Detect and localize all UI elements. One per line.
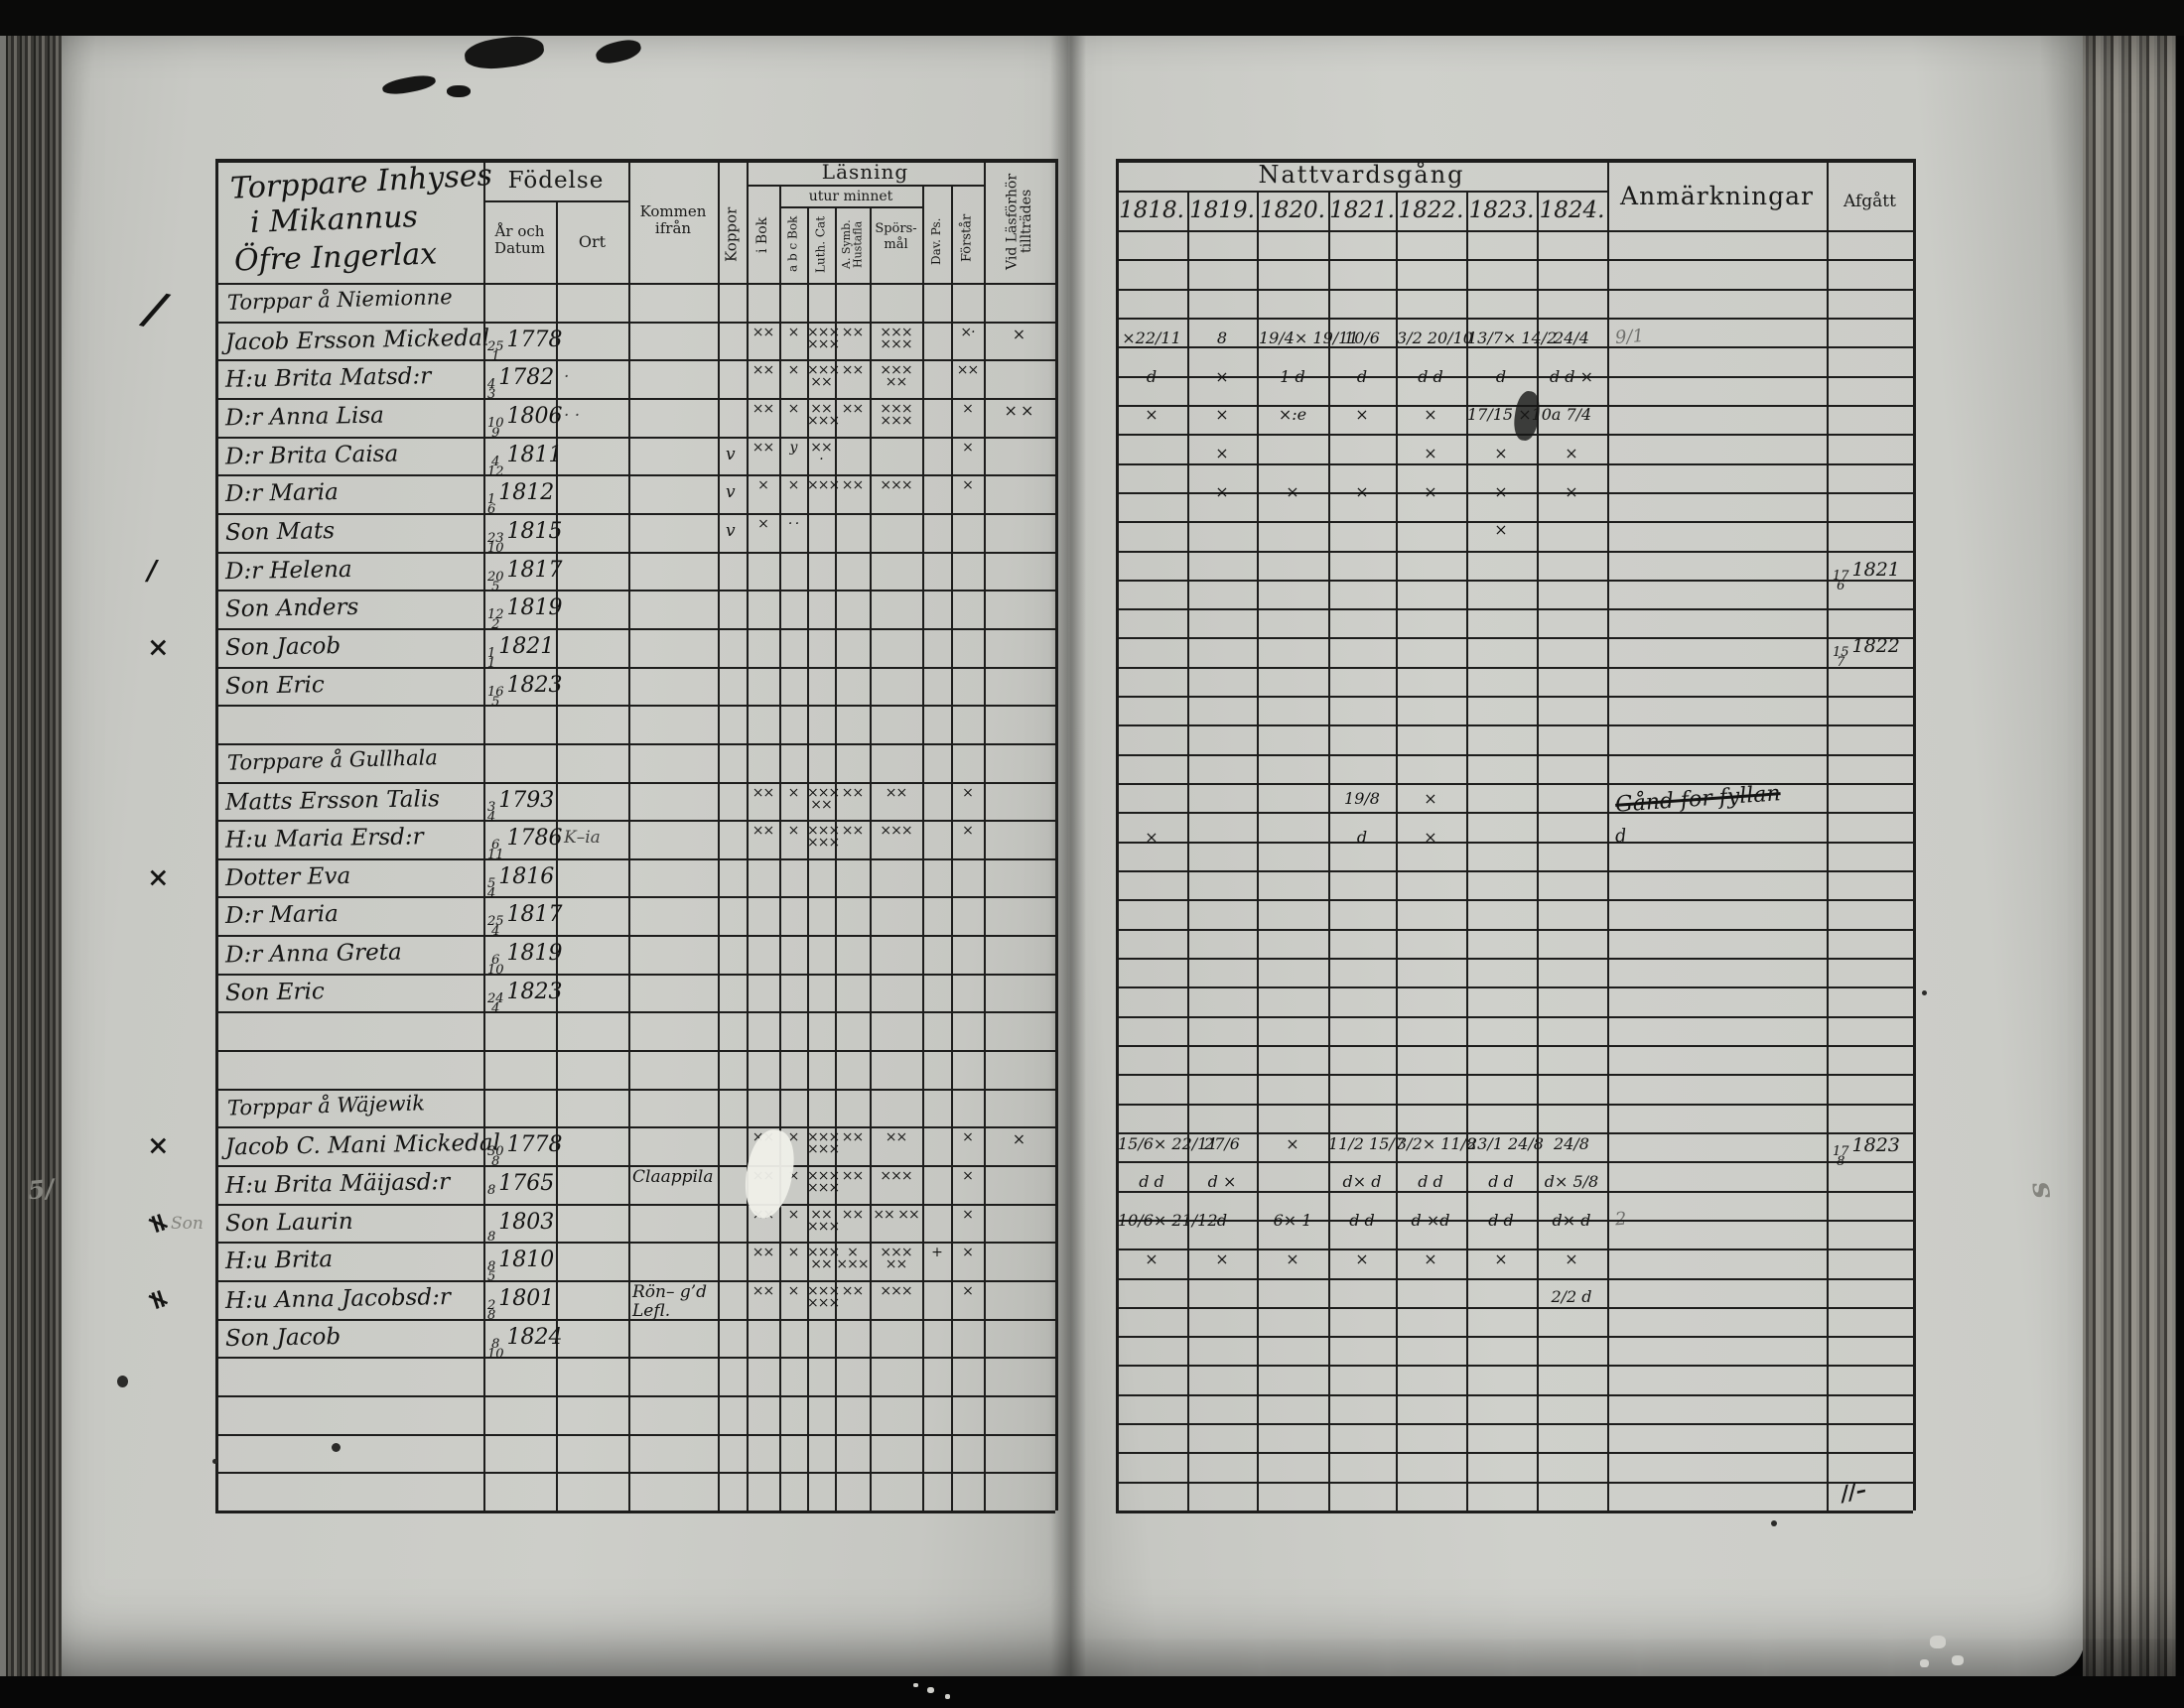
communion-marks: d d xyxy=(1397,367,1464,386)
birth-month: 4 xyxy=(487,889,495,899)
communion-marks: d× 5/8 xyxy=(1538,1172,1605,1191)
lasning-marks: × xyxy=(779,1247,807,1258)
person-name: H:u Anna Jacobsd:r xyxy=(225,1284,451,1314)
lasning-marks: ××× ×× xyxy=(870,364,922,388)
birth-day-month: 43 xyxy=(487,380,495,400)
communion-marks: ×:e xyxy=(1259,405,1326,424)
birth-day-month: 122 xyxy=(487,610,504,630)
person-name: Son Eric xyxy=(225,672,325,700)
lasning-marks: ××× ××× xyxy=(870,403,922,427)
page-content-layer: Torppare Inhyses i Mikannus Öfre Ingerla… xyxy=(0,0,2184,1708)
bottom-shadow-band xyxy=(0,1676,2184,1708)
grid-line-h xyxy=(1116,929,1913,931)
grid-line-h xyxy=(215,1050,1055,1052)
stray-mark: / xyxy=(141,281,170,336)
person-name: Son Eric xyxy=(225,979,325,1006)
birth-day-month: 251 xyxy=(487,342,504,362)
grid-line-v xyxy=(1055,159,1058,1511)
person-name: Son Jacob xyxy=(225,633,341,661)
grid-line-h xyxy=(215,552,1055,554)
grid-line-h xyxy=(1116,870,1913,872)
communion-marks: 8 xyxy=(1188,328,1256,347)
paper-speck xyxy=(1930,1636,1946,1648)
birth-day-month: 8 xyxy=(487,1186,495,1196)
lasning-marks: ×× xyxy=(835,1209,870,1221)
communion-marks: × xyxy=(1538,482,1605,501)
grid-line-h xyxy=(1116,724,1913,726)
communion-marks: 3/2 20/10 xyxy=(1397,328,1464,347)
grid-line-h xyxy=(215,705,1055,707)
lasning-marks: × xyxy=(779,364,807,376)
communion-marks: 10/6 xyxy=(1328,328,1396,347)
communion-marks: 1 d xyxy=(1259,367,1326,386)
lasning-marks: ××× ××× xyxy=(870,327,922,350)
birth-month: 10 xyxy=(487,544,504,554)
lasning-marks: ×× xyxy=(747,1285,779,1297)
grid-line-h xyxy=(215,1395,1055,1397)
grid-line-h xyxy=(215,974,1055,976)
koppor-mark: v xyxy=(726,445,736,464)
paper-speck xyxy=(1920,1659,1929,1667)
communion-marks: d d xyxy=(1467,1172,1535,1191)
grid-line-h xyxy=(215,782,1055,784)
lasning-marks: × xyxy=(779,327,807,338)
communion-marks: × xyxy=(1328,405,1396,424)
ort-note: · · xyxy=(564,406,580,426)
lasning-marks: ××× ××× xyxy=(807,327,835,350)
communion-marks: × xyxy=(1467,444,1535,462)
grid-line-h xyxy=(215,474,1055,476)
lasning-marks: ××× ××× xyxy=(807,825,835,849)
birth-year: 1765 xyxy=(498,1171,554,1196)
ink-blot xyxy=(447,85,471,97)
section-heading: Torppar å Niemionne xyxy=(227,285,453,315)
afgatt-date: 1781823 xyxy=(1833,1134,1900,1167)
lasning-marks: × xyxy=(951,442,984,454)
grid-line-h xyxy=(1116,783,1913,785)
grid-line-h xyxy=(1116,1423,1913,1425)
year-1823: 1823. xyxy=(1466,193,1537,228)
lasning-marks: ×× xyxy=(835,364,870,376)
birth-month: 8 xyxy=(491,1157,499,1167)
lasning-marks: × xyxy=(951,1209,984,1221)
lasning-marks: ××× xyxy=(807,479,835,491)
communion-marks: × xyxy=(1538,444,1605,462)
birth-day-month: 85 xyxy=(487,1262,495,1282)
lasning-marks: ××× xyxy=(870,1170,922,1182)
remark: 2 xyxy=(1614,1209,1627,1231)
lasning-marks: ×× · xyxy=(807,442,835,465)
lasning-marks: ×× ×× xyxy=(870,1209,922,1221)
person-name: H:u Brita Mäijasd:r xyxy=(225,1169,451,1199)
communion-marks: × xyxy=(1259,1249,1326,1268)
communion-marks: d × xyxy=(1188,1172,1256,1191)
column-header-nattvardsgang: Nattvardsgång xyxy=(1116,161,1607,189)
ort-note: · xyxy=(564,367,569,387)
birth-day-month: 109 xyxy=(487,419,504,439)
lasning-marks: × xyxy=(779,1209,807,1221)
communion-marks: d d xyxy=(1397,1172,1464,1191)
year-1821: 1821. xyxy=(1328,193,1396,228)
birth-day-month: 54 xyxy=(487,879,495,899)
communion-marks: 10/6× 21/12 xyxy=(1118,1211,1185,1230)
birth-day-month: 810 xyxy=(487,1340,504,1360)
birth-year: 1819 xyxy=(507,941,563,966)
person-name: D:r Maria xyxy=(225,901,339,929)
communion-marks: × xyxy=(1397,789,1464,808)
communion-marks: ×22/11 xyxy=(1118,328,1185,347)
lasning-marks: ××× ××× xyxy=(807,1285,835,1309)
grid-line-h xyxy=(1116,958,1913,960)
koppor-mark: v xyxy=(726,521,736,541)
communion-marks: 11/2 15/7 xyxy=(1328,1134,1396,1153)
paper-speck xyxy=(945,1694,950,1699)
communion-marks: 19/8 xyxy=(1328,789,1396,808)
communion-marks: × xyxy=(1259,1134,1326,1153)
lasning-marks: ×× xyxy=(835,1285,870,1297)
person-name: D:r Brita Caisa xyxy=(225,441,399,469)
birth-date: 541816 xyxy=(487,864,554,899)
lasforhor-mark: × xyxy=(984,1133,1053,1145)
communion-marks: × xyxy=(1188,482,1256,501)
person-name: Son Mats xyxy=(225,518,335,546)
grid-line-h xyxy=(215,1434,1055,1436)
birth-month: 3 xyxy=(487,390,495,400)
communion-marks: × xyxy=(1467,1249,1535,1268)
lasning-marks: × xyxy=(747,518,779,530)
lasning-marks: ×× xyxy=(835,327,870,338)
grid-line-h xyxy=(215,590,1055,591)
grid-line-v xyxy=(951,185,953,1511)
birth-day-month: 610 xyxy=(487,956,504,976)
grid-line-h xyxy=(215,1126,1055,1128)
birth-year: 1778 xyxy=(507,328,563,352)
grid-line-h xyxy=(1116,1394,1913,1396)
year-1822: 1822. xyxy=(1396,193,1466,228)
grid-line-h xyxy=(1116,463,1913,465)
margin-mark: ≠ xyxy=(140,1284,176,1315)
lasning-marks: × xyxy=(951,787,984,799)
birth-year: 1824 xyxy=(507,1325,563,1350)
lasning-marks: y xyxy=(779,442,807,454)
afgatt-year: 1823 xyxy=(1852,1134,1900,1156)
birth-day-month: 254 xyxy=(487,917,504,937)
grid-line-v xyxy=(1466,191,1468,1511)
margin-note: Son xyxy=(171,1214,204,1234)
lasning-marks: ×· xyxy=(951,327,984,338)
birth-year: 1819 xyxy=(507,595,563,620)
dust-speck xyxy=(117,1376,128,1387)
grid-line-h xyxy=(1116,230,1913,232)
margin-mark: × xyxy=(147,632,170,663)
lasning-marks: ×× ××× xyxy=(807,403,835,427)
grid-line-v xyxy=(628,159,630,1511)
grid-line-h xyxy=(215,743,1055,745)
margin-mark: / xyxy=(147,556,157,587)
lasning-marks: ×× xyxy=(870,1131,922,1143)
grid-line-v xyxy=(1328,191,1330,1511)
lasning-marks: ×× xyxy=(835,1131,870,1143)
grid-line-h xyxy=(215,628,1055,630)
grid-line-h xyxy=(1116,1161,1913,1163)
kommen-ifran-note: Claappila xyxy=(632,1167,714,1187)
grid-line-h xyxy=(215,322,1055,324)
communion-marks: 15/6× 22/11 xyxy=(1118,1134,1185,1153)
afgatt-month: 7 xyxy=(1837,658,1844,668)
grid-line-h xyxy=(215,1357,1055,1359)
lasning-marks: ×× ××× xyxy=(807,1209,835,1233)
grid-line-h xyxy=(215,359,1055,361)
grid-line-v xyxy=(922,185,924,1511)
lasning-marks: ×× xyxy=(835,825,870,837)
paper-speck xyxy=(1952,1655,1964,1665)
dust-speck xyxy=(212,1459,217,1464)
corner-title-line: i Mikannus xyxy=(249,199,418,240)
lasning-marks: ×× xyxy=(747,825,779,837)
stray-mark: 5/ xyxy=(27,1174,56,1206)
lasning-marks: × xyxy=(779,787,807,799)
birth-date: 4121811 xyxy=(487,443,563,477)
grid-line-h xyxy=(1116,1104,1913,1106)
grid-line-h xyxy=(1116,1016,1913,1018)
lasning-marks: × xyxy=(951,825,984,837)
birth-day-month: 611 xyxy=(487,841,504,860)
birth-month: 5 xyxy=(491,698,499,708)
birth-date: 8101824 xyxy=(487,1325,563,1360)
grid-line-h xyxy=(215,1204,1055,1206)
birth-day-month: 165 xyxy=(487,688,504,708)
birth-year: 1786 xyxy=(507,826,563,851)
birth-day-month: 8 xyxy=(487,1233,495,1243)
birth-date: 431782 xyxy=(487,365,554,400)
lasning-marks: × xyxy=(779,479,807,491)
grid-line-h xyxy=(1116,580,1913,582)
lasning-marks: ××× xyxy=(870,1285,922,1297)
grid-line-v xyxy=(984,159,986,1511)
lasning-marks: × xyxy=(779,825,807,837)
birth-month: 11 xyxy=(487,851,504,860)
grid-line-h xyxy=(1116,1452,1913,1454)
communion-marks: × xyxy=(1328,482,1396,501)
grid-line-v xyxy=(215,159,218,1511)
communion-marks: 3/2× 11/8 xyxy=(1397,1134,1464,1153)
communion-marks: d xyxy=(1328,367,1396,386)
birth-year: 1793 xyxy=(498,788,554,813)
scanned-ledger-book: Torppare Inhyses i Mikannus Öfre Ingerla… xyxy=(0,0,2184,1708)
grid-line-h xyxy=(1116,1511,1913,1513)
communion-marks: d d × xyxy=(1538,367,1605,386)
birth-day-month: 2310 xyxy=(487,534,504,554)
communion-marks: × xyxy=(1188,1249,1256,1268)
column-header-koppor: Koppor xyxy=(718,189,747,280)
grid-line-h xyxy=(1116,434,1913,436)
person-name: Jacob Ersson Mickedal xyxy=(225,325,490,355)
birth-date: 2541817 xyxy=(487,902,563,937)
birth-month: 1 xyxy=(487,659,495,669)
right-table-top-border xyxy=(1116,159,1913,163)
communion-marks: × xyxy=(1118,405,1185,424)
grid-line-h xyxy=(1116,191,1607,193)
lasning-marks: × xyxy=(951,1131,984,1143)
grid-line-h xyxy=(215,858,1055,860)
column-header-utur-minnet: utur minnet xyxy=(779,187,922,206)
communion-marks: d xyxy=(1467,367,1535,386)
birth-year: 1782 xyxy=(498,365,554,390)
person-name: H:u Brita Matsd:r xyxy=(225,363,432,393)
grid-line-h xyxy=(1116,1307,1913,1309)
grid-line-h xyxy=(1116,637,1913,639)
person-name: Son Anders xyxy=(225,594,359,622)
grid-line-h xyxy=(1116,1278,1913,1280)
birth-year: 1815 xyxy=(507,519,563,544)
lasning-marks: × xyxy=(747,479,779,491)
lasning-marks: ×× xyxy=(870,787,922,799)
right-table-right-border xyxy=(1913,159,1916,1511)
birth-date: 2051817 xyxy=(487,558,563,592)
column-header-fodelse: Födelse xyxy=(483,163,628,198)
column-header-i-bok: i Bok xyxy=(747,191,779,280)
birth-month: 2 xyxy=(491,620,499,630)
grid-line-h xyxy=(215,513,1055,515)
birth-date: 1651823 xyxy=(487,673,563,708)
lasning-marks: ××× ×× xyxy=(807,787,835,811)
lasning-marks: × xyxy=(951,479,984,491)
birth-date: 341793 xyxy=(487,788,554,823)
person-name: H:u Brita xyxy=(225,1247,334,1274)
lasning-marks: + xyxy=(922,1247,951,1258)
communion-marks: × xyxy=(1397,482,1464,501)
column-header-forstar: Förstår xyxy=(951,197,984,280)
birth-month: 4 xyxy=(491,1004,499,1014)
communion-marks: × xyxy=(1188,444,1256,462)
birth-month: 4 xyxy=(491,927,499,937)
lasning-marks: × xyxy=(951,1247,984,1258)
lasning-marks: × ××× xyxy=(835,1247,870,1270)
birth-day-month: 16 xyxy=(487,495,495,515)
communion-marks: 27/6 xyxy=(1188,1134,1256,1153)
paper-speck xyxy=(913,1683,918,1687)
grid-line-h xyxy=(215,1089,1055,1091)
communion-marks: × xyxy=(1118,828,1185,847)
birth-year: 1823 xyxy=(507,673,563,698)
person-name: D:r Maria xyxy=(225,479,339,507)
afgatt-month: 8 xyxy=(1837,1157,1844,1167)
afgatt-date: 1761821 xyxy=(1833,559,1900,591)
grid-line-h xyxy=(215,437,1055,439)
stray-mark: s xyxy=(2021,1179,2058,1202)
communion-marks: × xyxy=(1397,1249,1464,1268)
grid-line-h xyxy=(215,896,1055,898)
communion-marks: 6× 1 xyxy=(1259,1211,1326,1230)
communion-marks: d xyxy=(1118,367,1185,386)
birth-date: 161812 xyxy=(487,480,554,515)
grid-line-h xyxy=(1116,1336,1913,1338)
column-header-ort: Ort xyxy=(556,226,628,256)
communion-marks: d xyxy=(1328,828,1396,847)
grid-line-h xyxy=(1116,1365,1913,1367)
communion-marks: × xyxy=(1259,482,1326,501)
grid-line-h xyxy=(747,185,984,187)
birth-year: 1811 xyxy=(507,443,563,467)
communion-marks: × xyxy=(1188,405,1256,424)
grid-line-h xyxy=(1116,318,1913,320)
margin-mark: × xyxy=(147,1130,170,1161)
left-table-top-border xyxy=(215,159,1055,163)
communion-marks: d d xyxy=(1328,1211,1396,1230)
grid-line-h xyxy=(215,820,1055,822)
person-name: Matts Ersson Talis xyxy=(225,786,440,816)
communion-marks: a 7/4 xyxy=(1538,405,1605,424)
communion-marks: × xyxy=(1188,367,1256,386)
grid-line-h xyxy=(215,667,1055,669)
grid-line-v xyxy=(1537,191,1539,1511)
birth-day-month: 244 xyxy=(487,994,504,1014)
birth-date: 3081778 xyxy=(487,1132,563,1167)
grid-line-h xyxy=(1116,899,1913,901)
birth-date: 111821 xyxy=(487,634,554,669)
grid-line-v xyxy=(483,159,485,1511)
lasning-marks: × xyxy=(779,1285,807,1297)
communion-marks: d× d xyxy=(1538,1211,1605,1230)
communion-marks: × xyxy=(1467,482,1535,501)
grid-line-h xyxy=(215,1472,1055,1474)
person-name: H:u Maria Ersd:r xyxy=(225,824,424,853)
afgatt-date: 1571822 xyxy=(1833,635,1900,668)
stray-mark: ∕∕– xyxy=(1839,1477,1868,1507)
afgatt-year: 1821 xyxy=(1852,559,1900,581)
birth-day: 8 xyxy=(487,1186,495,1196)
lasning-marks: ×× xyxy=(835,1170,870,1182)
birth-month: 5 xyxy=(487,1272,495,1282)
grid-line-v xyxy=(779,185,781,1511)
grid-line-v xyxy=(1827,159,1829,1511)
grid-line-v xyxy=(1396,191,1398,1511)
grid-line-h xyxy=(1116,551,1913,553)
koppor-mark: v xyxy=(726,482,736,502)
lasning-marks: × xyxy=(951,403,984,415)
communion-marks: 24/4 xyxy=(1538,328,1605,347)
column-header-abc-bok: a b c Bok xyxy=(779,208,807,280)
grid-line-h xyxy=(1116,289,1913,291)
person-name: Jacob C. Mani Mickedal xyxy=(225,1130,500,1161)
lasning-marks: ××× xyxy=(870,479,922,491)
dust-speck xyxy=(1771,1520,1777,1526)
birth-year: 1778 xyxy=(507,1132,563,1157)
section-heading: Torppare å Gullhala xyxy=(227,745,438,775)
communion-marks: d xyxy=(1188,1211,1256,1230)
birth-day-month: 34 xyxy=(487,803,495,823)
birth-year: 1803 xyxy=(498,1210,554,1235)
birth-month: 8 xyxy=(487,1311,495,1321)
birth-year: 1823 xyxy=(507,980,563,1004)
afgatt-year: 1822 xyxy=(1852,635,1900,657)
lasning-marks: ××× xyxy=(870,825,922,837)
lasning-marks: ××× ×× xyxy=(807,364,835,388)
birth-month: 4 xyxy=(487,813,495,823)
grid-line-h xyxy=(1116,667,1913,669)
lasning-marks: ××× ××× xyxy=(807,1131,835,1155)
birth-date: 81765 xyxy=(487,1171,554,1196)
grid-line-h xyxy=(1116,1482,1913,1484)
birth-date: 23101815 xyxy=(487,519,563,554)
lasning-marks: ×× xyxy=(835,403,870,415)
communion-marks: 13/7× 14/2 xyxy=(1467,328,1535,347)
lasforhor-mark: × × xyxy=(984,405,1053,417)
birth-month: 9 xyxy=(491,429,499,439)
birth-year: 1816 xyxy=(498,864,554,889)
grid-line-v xyxy=(1187,191,1189,1511)
grid-line-v xyxy=(718,159,720,1511)
